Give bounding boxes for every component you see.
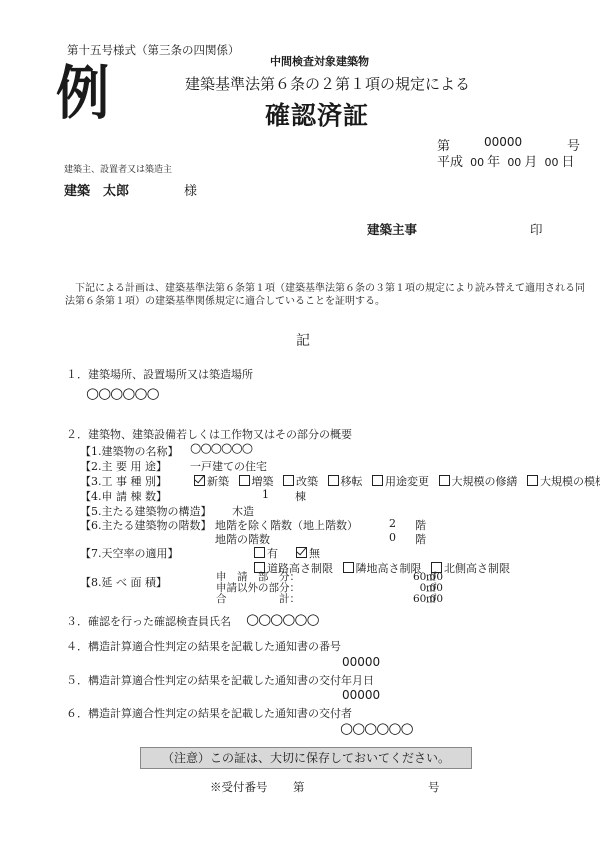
row-6-label: 【6.主たる建築物の階数】 bbox=[80, 517, 212, 533]
date-day: 00 bbox=[544, 156, 558, 169]
sky-ratio-yes[interactable]: 有 bbox=[254, 545, 278, 561]
option-major-repair[interactable]: 大規模の修繕 bbox=[439, 475, 518, 488]
issuer-title: 建築主事 bbox=[367, 220, 417, 238]
row-2-value: 一戸建ての住宅 bbox=[190, 458, 267, 474]
applicant-label: 建築主、設置者又は築造主 bbox=[64, 162, 172, 175]
option-relocation[interactable]: 移転 bbox=[328, 475, 363, 488]
sample-mark: 例 bbox=[56, 64, 109, 122]
seal-mark: 印 bbox=[530, 220, 543, 238]
construction-type-options: 新築 増築 改築 移転 用途変更 大規模の修繕 大規模の模様替 bbox=[194, 473, 600, 489]
row-6-above-value: 2 bbox=[389, 517, 396, 530]
section-6-label: ６．構造計算適合性判定の結果を記載した通知書の交付者 bbox=[66, 705, 352, 721]
date-era: 平成 bbox=[437, 155, 463, 170]
receipt-prefix: 第 bbox=[293, 779, 305, 795]
row-6-below-value: 0 bbox=[389, 531, 396, 544]
section-6-value: ○○○○○○ bbox=[340, 719, 413, 737]
date-year-unit: 年 bbox=[487, 155, 500, 170]
subject-label: 中間検査対象建築物 bbox=[270, 53, 369, 69]
checkbox-icon[interactable] bbox=[527, 475, 538, 486]
row-2-label: 【2.主 要 用 途】 bbox=[80, 458, 167, 474]
date-year: 00 bbox=[470, 156, 484, 169]
checkbox-icon[interactable] bbox=[283, 475, 294, 486]
date-day-unit: 日 bbox=[561, 155, 574, 170]
section-1-label: １．建築場所、設置場所又は築造場所 bbox=[66, 366, 253, 382]
section-4-label: ４．構造計算適合性判定の結果を記載した通知書の番号 bbox=[66, 638, 341, 654]
notice-banner: （注意）この証は、大切に保存しておいてください。 bbox=[140, 747, 472, 769]
checkbox-checked-icon[interactable] bbox=[296, 547, 307, 558]
cert-number-value: 00000 bbox=[484, 135, 522, 149]
row-1-label: 【1.建築物の名称】 bbox=[80, 443, 179, 459]
sky-ratio-no[interactable]: 無 bbox=[296, 545, 320, 561]
certification-statement: 下記による計画は、建築基準法第６条第１項（建築基準法第６条の３第１項の規定により… bbox=[65, 282, 585, 308]
row-4-value: 1 bbox=[262, 488, 269, 501]
row-4-unit: 棟 bbox=[295, 488, 306, 504]
checkbox-icon[interactable] bbox=[239, 475, 250, 486]
area-total-label: 合 計： bbox=[216, 594, 300, 605]
checkbox-checked-icon[interactable] bbox=[194, 475, 205, 486]
option-rebuild[interactable]: 改築 bbox=[283, 475, 318, 488]
receipt-suffix: 号 bbox=[428, 779, 440, 795]
section-3-label: ３．確認を行った確認検査員氏名 bbox=[66, 613, 231, 629]
floor-area-labels: 申 請 部 分： 申請以外の部分： 合 計： bbox=[216, 572, 300, 605]
receipt-label: ※受付番号 bbox=[210, 779, 268, 795]
section-5-value: 00000 bbox=[342, 688, 380, 702]
checkbox-icon[interactable] bbox=[343, 562, 354, 573]
row-6-below-unit: 階 bbox=[415, 531, 426, 547]
row-7-label: 【7.天空率の適用】 bbox=[80, 545, 179, 561]
date-month: 00 bbox=[507, 156, 521, 169]
issue-date: 平成 00年 00月 00日 bbox=[437, 151, 574, 170]
document-title: 確認済証 bbox=[265, 96, 369, 132]
checkbox-icon[interactable] bbox=[372, 475, 383, 486]
option-new-build[interactable]: 新築 bbox=[194, 475, 229, 488]
row-3-label: 【3.工 事 種 別】 bbox=[80, 473, 167, 489]
applicant-honorific: 様 bbox=[184, 180, 197, 199]
checkbox-icon[interactable] bbox=[254, 547, 265, 558]
ki-heading: 記 bbox=[296, 330, 310, 350]
option-use-change[interactable]: 用途変更 bbox=[372, 475, 429, 488]
row-4-label: 【4.申 請 棟 数】 bbox=[80, 488, 167, 504]
section-2-label: ２．建築物、建築設備若しくは工作物又はその部分の概要 bbox=[66, 426, 352, 442]
row-1-value: ○○○○○○ bbox=[190, 441, 252, 456]
section-4-value: 00000 bbox=[342, 655, 380, 669]
law-reference: 建築基準法第６条の２第１項の規定による bbox=[185, 73, 470, 94]
area-unit: ㎡ bbox=[426, 594, 437, 605]
checkbox-icon[interactable] bbox=[328, 475, 339, 486]
form-number: 第十五号様式（第三条の四関係） bbox=[67, 42, 240, 58]
applicant-name: 建築 太郎 bbox=[64, 180, 129, 199]
section-5-label: ５．構造計算適合性判定の結果を記載した通知書の交付年月日 bbox=[66, 672, 374, 688]
option-major-remodel[interactable]: 大規模の模様替 bbox=[527, 475, 600, 488]
section-3-value: ○○○○○○ bbox=[246, 610, 319, 628]
checkbox-icon[interactable] bbox=[439, 475, 450, 486]
option-extension[interactable]: 増築 bbox=[239, 475, 274, 488]
floor-area-units: ㎡ ㎡ ㎡ bbox=[426, 572, 437, 605]
date-month-unit: 月 bbox=[524, 155, 537, 170]
section-1-value: ○○○○○○ bbox=[86, 384, 159, 402]
row-8-label: 【8.延 べ 面 積】 bbox=[80, 574, 167, 590]
